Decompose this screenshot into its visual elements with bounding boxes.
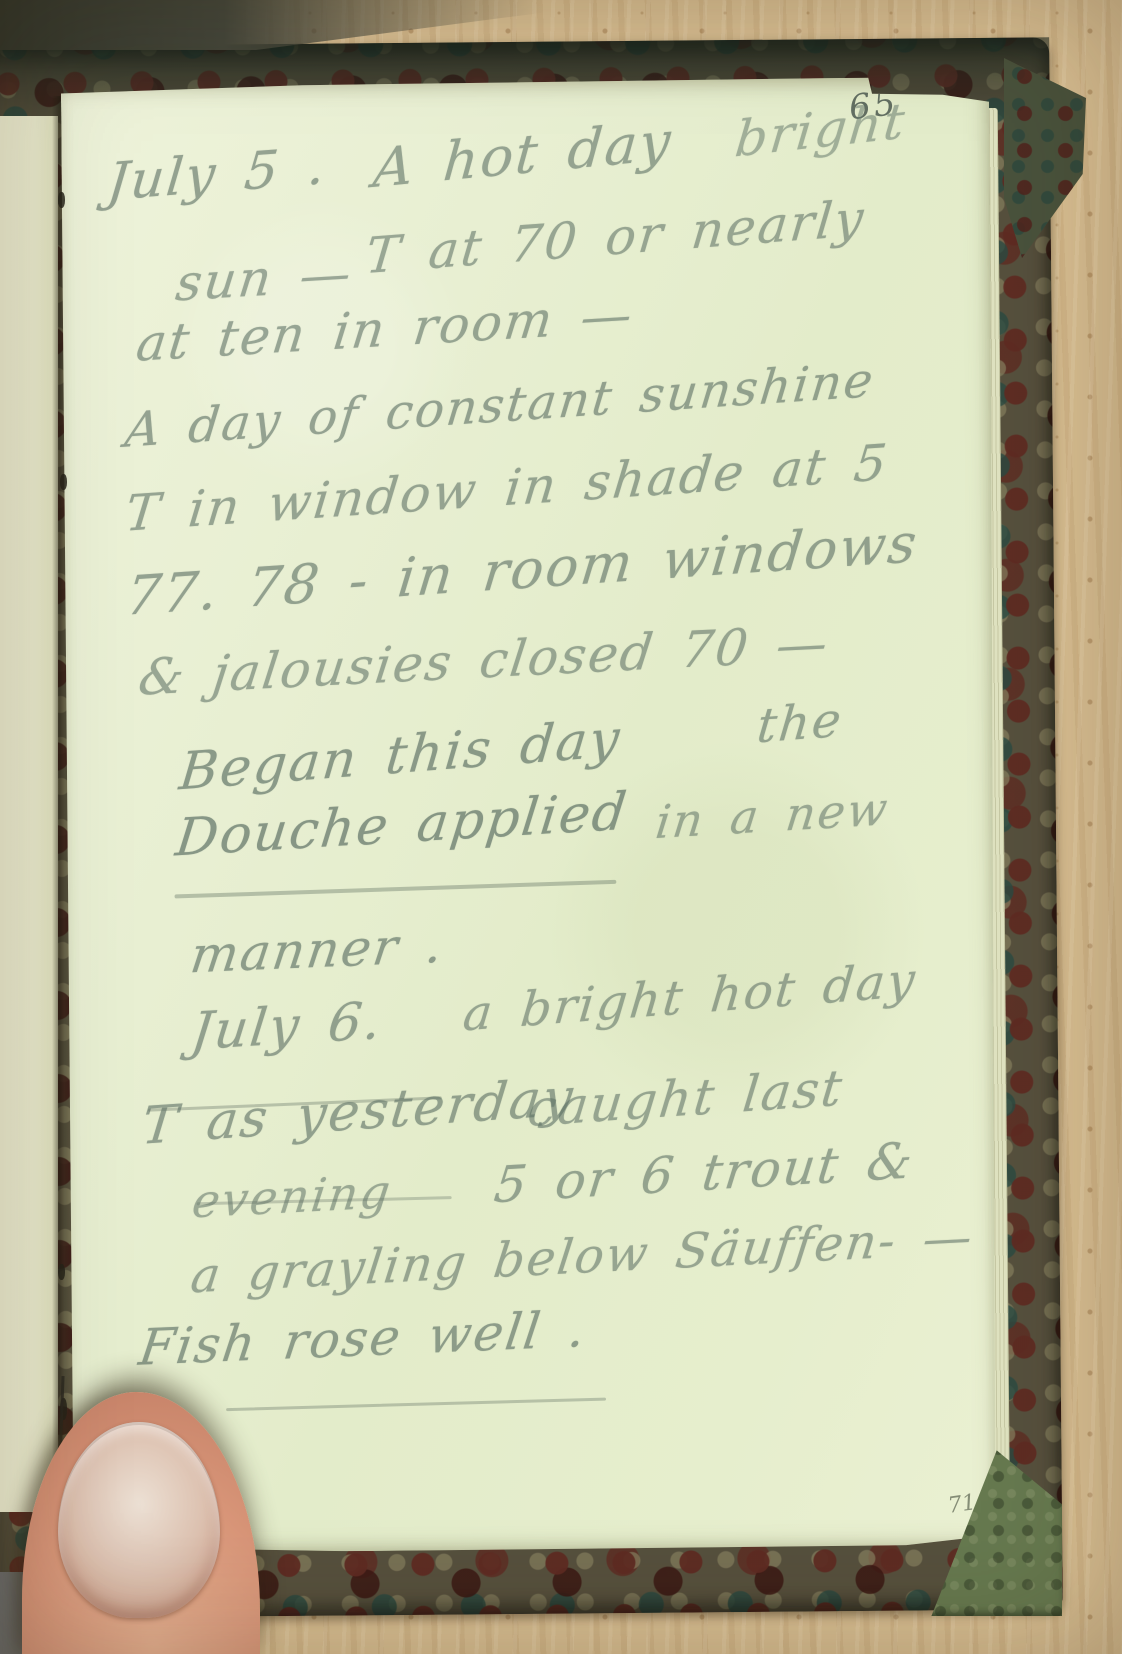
handwriting-line-1-seg-1: July 5 .: [105, 136, 330, 213]
handwriting-line-9-seg-2: in a new: [653, 781, 892, 849]
underlying-page-edge: [0, 116, 58, 1512]
underline-fish-rose-well: [226, 1398, 606, 1412]
handwriting-line-14: a grayling below Säuffen- —: [188, 1209, 977, 1304]
cover-corner-mark: 71: [946, 1490, 977, 1519]
handwriting-line-8-seg-2: the: [755, 692, 846, 754]
notebook-page: 65 July 5 . A hot day bright sun — T at …: [61, 77, 999, 1553]
photo-scene: 65 July 5 . A hot day bright sun — T at …: [0, 0, 1122, 1654]
handwriting-line-1-seg-2: A hot day: [371, 109, 675, 200]
stitch-hole: [58, 192, 65, 208]
handwriting-line-2-seg-1: sun —: [173, 244, 356, 312]
handwriting-line-1-seg-3: bright: [732, 92, 909, 168]
handwriting-line-15: Fish rose well .: [136, 1300, 591, 1377]
handwriting-line-7: & jalousies closed 70 —: [135, 614, 832, 707]
handwriting-line-13-seg-2: 5 or 6 trout &: [491, 1132, 917, 1215]
handwriting-line-10: manner .: [187, 916, 448, 985]
stitch-hole: [60, 474, 67, 490]
handwriting-line-11-seg-2: a bright hot day: [461, 952, 920, 1042]
handwriting-line-12-seg-1: T as yesterday: [139, 1068, 578, 1157]
underline-douche-applied: [174, 880, 616, 899]
handwriting-line-2-seg-2: T at 70 or nearly: [363, 189, 868, 285]
stitch-hole: [58, 1264, 65, 1280]
thumb-nail: [58, 1422, 220, 1618]
handwriting-line-13-seg-1: evening: [189, 1164, 395, 1228]
handwriting-line-11-seg-1: July 6.: [188, 991, 386, 1062]
